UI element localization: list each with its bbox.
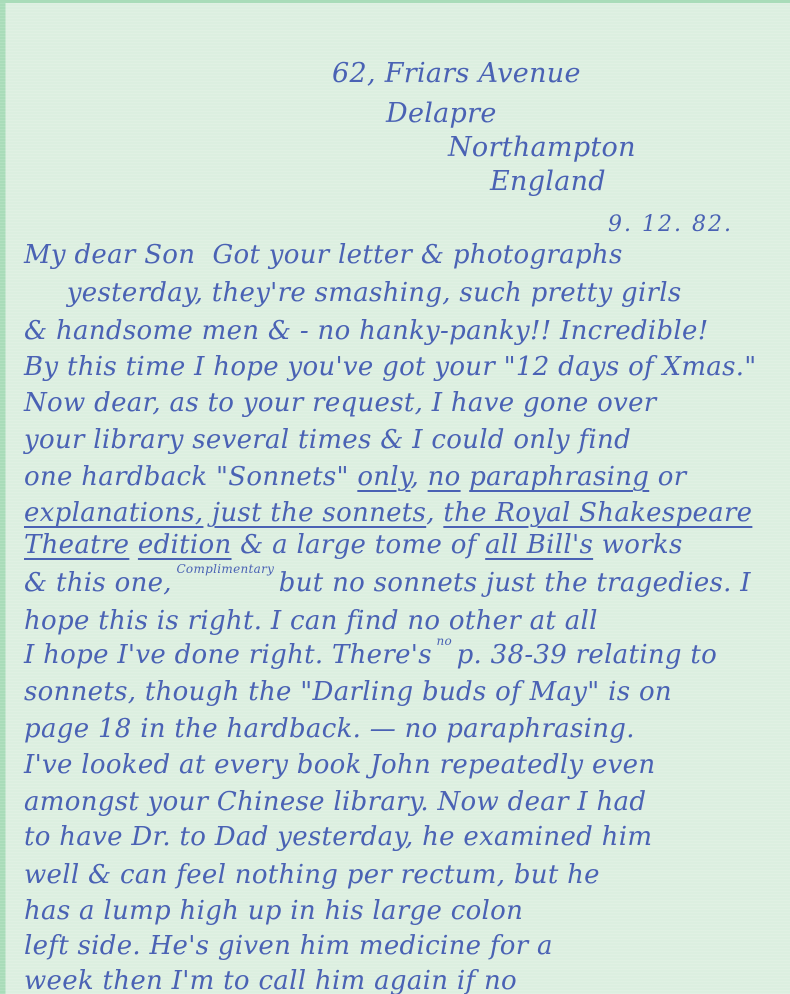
line-text: hope this is right. I can find no other … — [24, 606, 598, 636]
letter-line: week then I'm to call him again if no — [24, 966, 517, 994]
line-text: , — [426, 498, 443, 528]
line-text: I've looked at every book John repeatedl… — [24, 750, 655, 780]
inserted-word: no — [436, 634, 452, 648]
address-line-2: Delapre — [386, 98, 497, 129]
line-text: Now dear, as to your request, I have gon… — [24, 388, 657, 418]
letter-line: your library several times & I could onl… — [24, 425, 631, 455]
line-text: has a lump high up in his large colon — [24, 896, 523, 926]
underlined-text: just the sonnets — [212, 498, 426, 528]
underlined-text: only — [357, 462, 410, 492]
line-text: page 18 in the hardback. — no paraphrasi… — [24, 714, 635, 744]
line-text: p. 38-39 relating to — [448, 640, 717, 670]
underlined-text: no — [428, 462, 461, 492]
line-text: I hope I've done right. There's — [24, 640, 440, 670]
underlined-text: edition — [138, 530, 232, 560]
inserted-word: Complimentary — [176, 562, 274, 576]
line-text: your library several times & I could onl… — [24, 425, 631, 455]
letter-line: I've looked at every book John repeatedl… — [24, 750, 655, 780]
letter-line: hope this is right. I can find no other … — [24, 606, 598, 636]
letter-line: My dear Son Got your letter & photograph… — [24, 240, 623, 270]
letter-line: & this one, Complimentary but no sonnets… — [24, 568, 751, 598]
line-text: My dear Son Got your letter & photograph… — [24, 240, 623, 270]
underlined-text: all Bill's — [485, 530, 593, 560]
letter-line: By this time I hope you've got your "12 … — [24, 352, 757, 382]
letter-line: yesterday, they're smashing, such pretty… — [24, 278, 682, 308]
line-text: week then I'm to call him again if no — [24, 966, 517, 994]
underlined-text: paraphrasing — [469, 462, 649, 492]
line-text: left side. He's given him medicine for a — [24, 931, 553, 961]
letter-line: has a lump high up in his large colon — [24, 896, 523, 926]
line-text: works — [593, 530, 683, 560]
underlined-text: the Royal Shakespeare — [443, 498, 752, 528]
letter-page: 62, Friars Avenue Delapre Northampton En… — [0, 0, 790, 994]
line-text — [129, 530, 138, 560]
letter-line: sonnets, though the "Darling buds of May… — [24, 677, 672, 707]
line-text: sonnets, though the "Darling buds of May… — [24, 677, 672, 707]
letter-line: amongst your Chinese library. Now dear I… — [24, 787, 646, 817]
letter-line: page 18 in the hardback. — no paraphrasi… — [24, 714, 635, 744]
letter-line: left side. He's given him medicine for a — [24, 931, 553, 961]
line-text: & handsome men & - no hanky-panky!! Incr… — [24, 316, 708, 346]
letter-line: well & can feel nothing per rectum, but … — [24, 860, 600, 890]
line-text: , — [410, 462, 427, 492]
line-text — [461, 462, 470, 492]
line-text: well & can feel nothing per rectum, but … — [24, 860, 600, 890]
underlined-text: explanations, — [24, 498, 203, 528]
letter-line: Now dear, as to your request, I have gon… — [24, 388, 657, 418]
letter-line: to have Dr. to Dad yesterday, he examine… — [24, 822, 652, 852]
letter-line: & handsome men & - no hanky-panky!! Incr… — [24, 316, 708, 346]
letter-line: one hardback "Sonnets" only, no paraphra… — [24, 462, 686, 492]
line-text: or — [649, 462, 686, 492]
address-line-4: England — [490, 166, 606, 197]
line-text — [203, 498, 212, 528]
line-text: to have Dr. to Dad yesterday, he examine… — [24, 822, 652, 852]
address-line-3: Northampton — [448, 132, 636, 163]
line-text: & this one, — [24, 568, 180, 598]
letter-line: explanations, just the sonnets, the Roya… — [24, 498, 752, 528]
line-text: amongst your Chinese library. Now dear I… — [24, 787, 646, 817]
line-text: one hardback "Sonnets" — [24, 462, 357, 492]
line-text: By this time I hope you've got your "12 … — [24, 352, 757, 382]
line-text: yesterday, they're smashing, such pretty… — [24, 278, 682, 308]
line-text: & a large tome of — [232, 530, 486, 560]
underlined-text: Theatre — [24, 530, 129, 560]
address-line-1: 62, Friars Avenue — [332, 58, 581, 89]
letter-line: Theatre edition & a large tome of all Bi… — [24, 530, 683, 560]
paper-top-edge — [0, 0, 790, 3]
line-text: but no sonnets just the tragedies. I — [270, 568, 751, 598]
letter-date: 9. 12. 82. — [608, 212, 733, 237]
letter-line: I hope I've done right. There's no p. 38… — [24, 640, 717, 670]
